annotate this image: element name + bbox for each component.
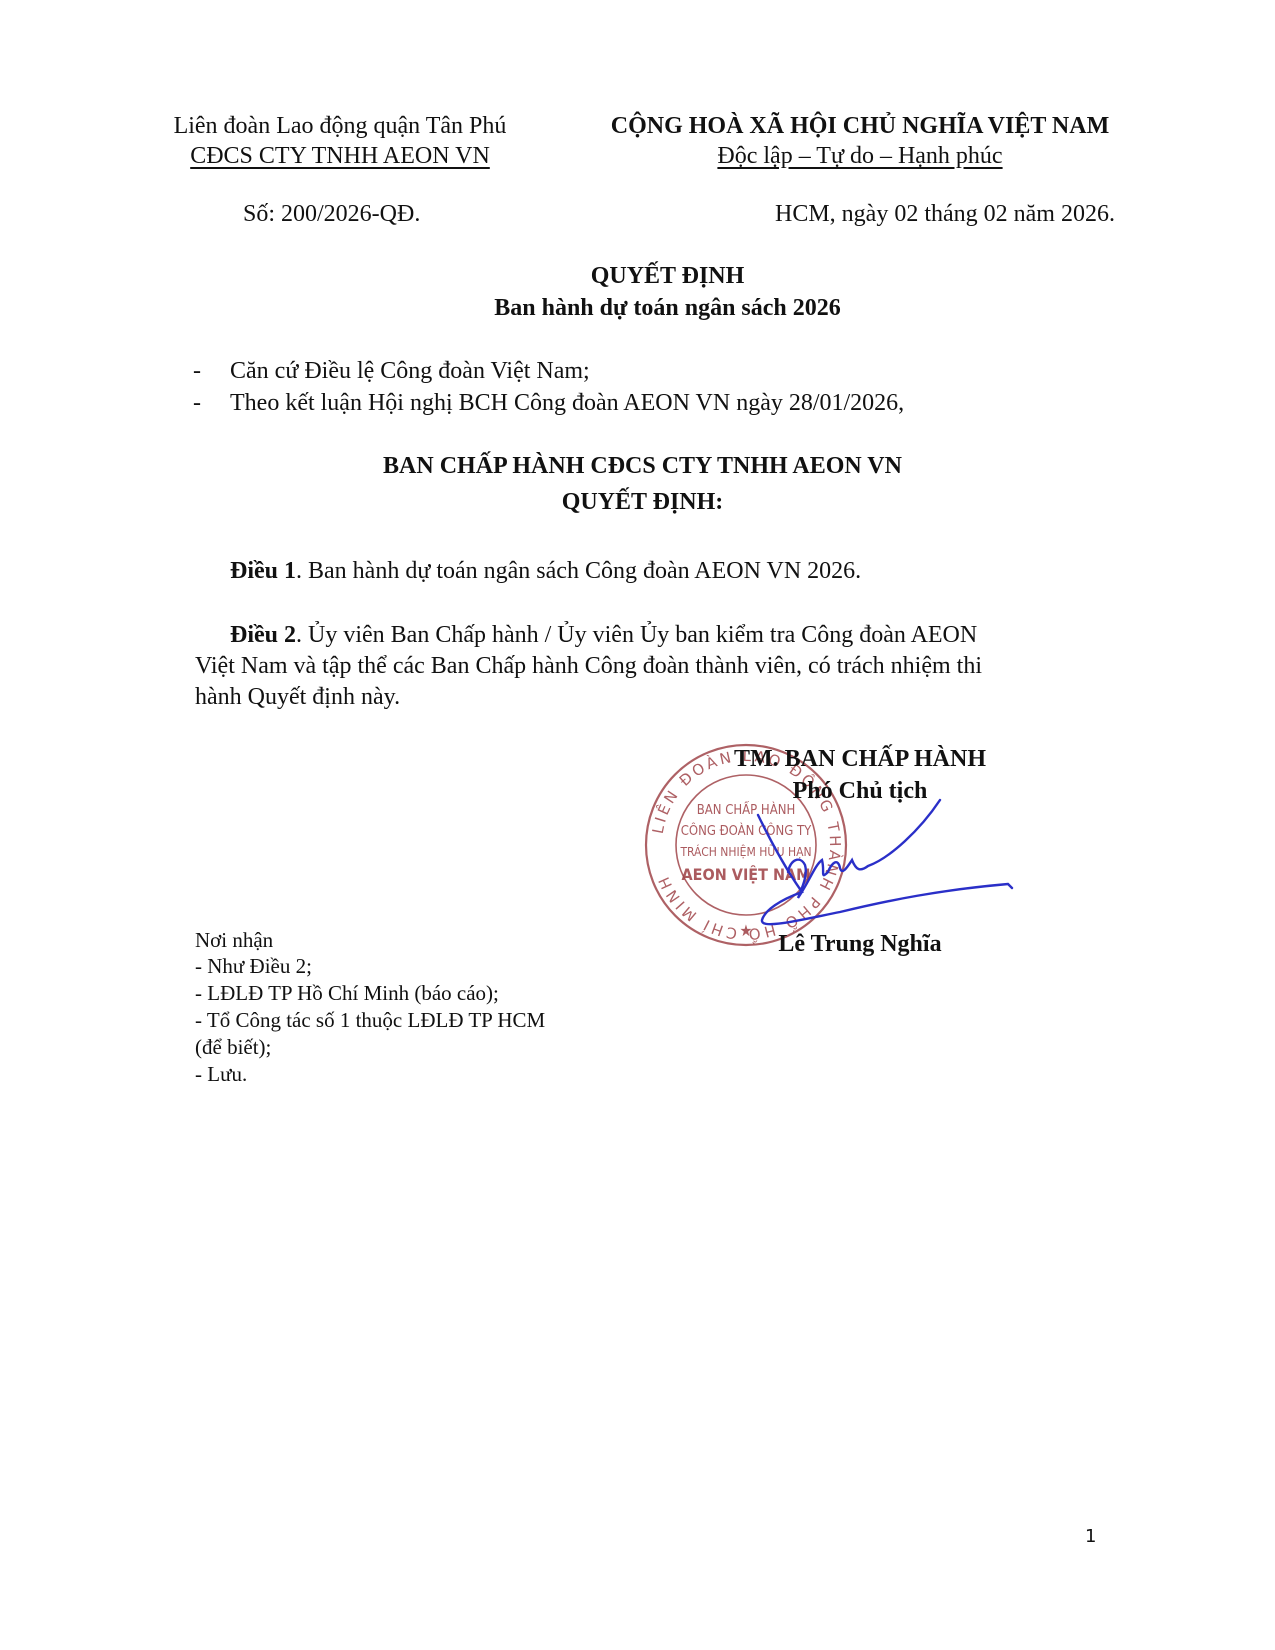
national-motto-text: Độc lập – Tự do – Hạnh phúc <box>717 143 1002 169</box>
issuing-org-parent: Liên đoàn Lao động quận Tân Phú <box>140 112 540 140</box>
article-text: . Ban hành dự toán ngân sách Công đoàn A… <box>296 558 861 584</box>
recipient-item: - Lưu. <box>195 1061 247 1088</box>
article-1: Điều 1. Ban hành dự toán ngân sách Công … <box>230 557 861 585</box>
handwritten-signature-icon <box>690 780 1020 930</box>
article-text: . Ủy viên Ban Chấp hành / Ủy viên Ủy ban… <box>296 622 977 648</box>
basis-item: -Theo kết luận Hội nghị BCH Công đoàn AE… <box>193 389 904 417</box>
article-2: Điều 2. Ủy viên Ban Chấp hành / Ủy viên … <box>230 621 977 649</box>
recipient-item: - Tổ Công tác số 1 thuộc LĐLĐ TP HCM <box>195 1007 545 1034</box>
article-label: Điều 2 <box>230 622 296 648</box>
article-2-continued: hành Quyết định này. <box>195 683 400 711</box>
document-title: QUYẾT ĐỊNH <box>0 262 1275 290</box>
signer-name: Lê Trung Nghĩa <box>700 930 1020 958</box>
page-number: 1 <box>1085 1526 1096 1547</box>
basis-text: Theo kết luận Hội nghị BCH Công đoàn AEO… <box>230 390 904 416</box>
article-2-continued: Việt Nam và tập thể các Ban Chấp hành Cô… <box>195 652 982 680</box>
authority-decides: QUYẾT ĐỊNH: <box>0 488 1275 516</box>
recipients-heading: Nơi nhận <box>195 927 273 954</box>
basis-item: -Căn cứ Điều lệ Công đoàn Việt Nam; <box>193 357 590 385</box>
document-subtitle: Ban hành dự toán ngân sách 2026 <box>0 294 1275 322</box>
bullet: - <box>193 389 230 417</box>
authority-heading: BAN CHẤP HÀNH CĐCS CTY TNHH AEON VN <box>0 452 1275 480</box>
recipient-item: (để biết); <box>195 1034 271 1061</box>
recipient-item: - Như Điều 2; <box>195 953 312 980</box>
bullet: - <box>193 357 230 385</box>
recipient-item: - LĐLĐ TP Hồ Chí Minh (báo cáo); <box>195 980 499 1007</box>
document-number: Số: 200/2026-QĐ. <box>243 200 420 228</box>
national-motto: Độc lập – Tự do – Hạnh phúc <box>580 142 1140 170</box>
issuing-org-name: CĐCS CTY TNHH AEON VN <box>190 143 490 169</box>
basis-text: Căn cứ Điều lệ Công đoàn Việt Nam; <box>230 358 590 384</box>
national-title: CỘNG HOÀ XÃ HỘI CHỦ NGHĨA VIỆT NAM <box>580 112 1140 140</box>
issuing-org: CĐCS CTY TNHH AEON VN <box>140 142 540 170</box>
place-date: HCM, ngày 02 tháng 02 năm 2026. <box>775 200 1115 228</box>
article-label: Điều 1 <box>230 558 296 584</box>
signature-on-behalf: TM. BAN CHẤP HÀNH <box>700 745 1020 773</box>
